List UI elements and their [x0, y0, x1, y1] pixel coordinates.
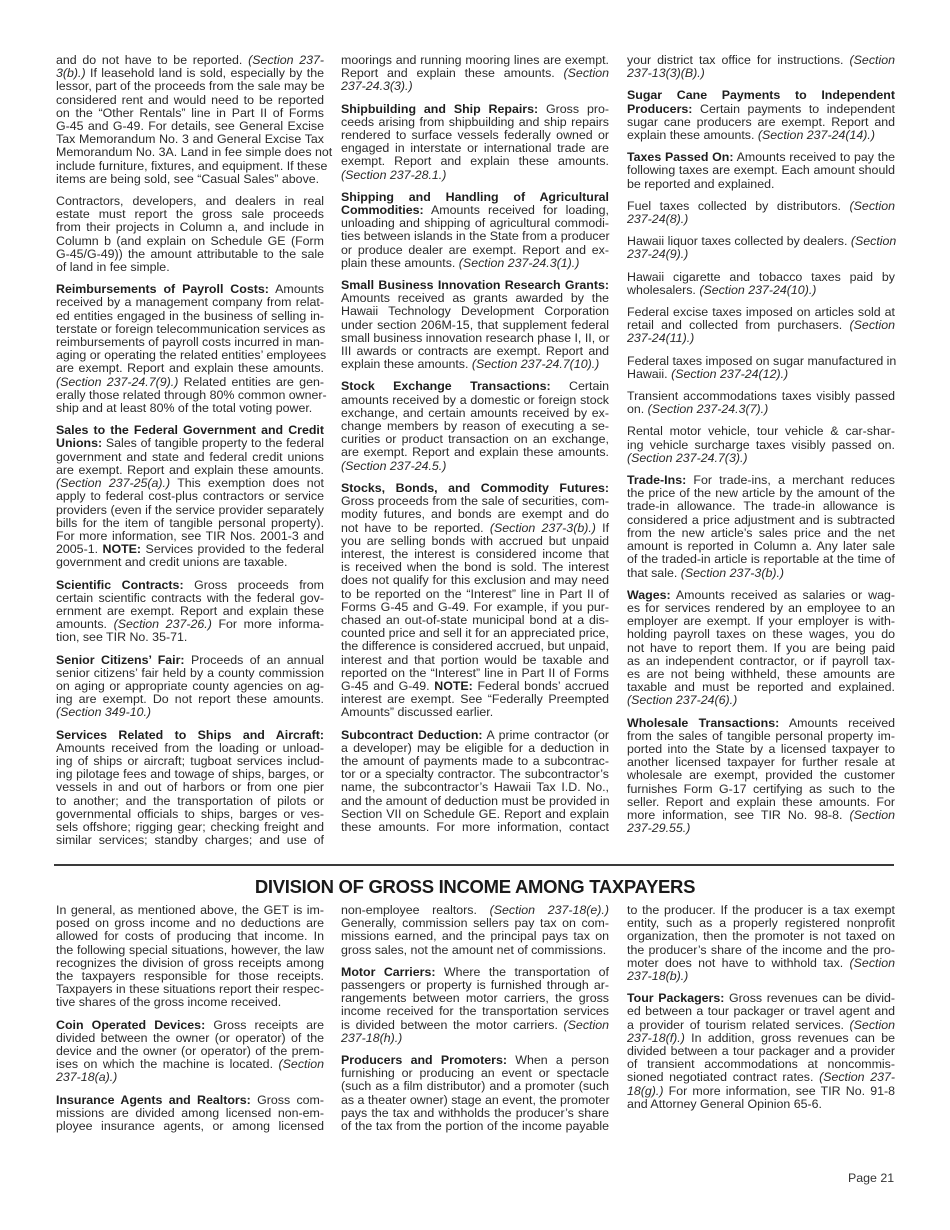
text-line: be reported and explained.: [627, 178, 895, 191]
bold-term: Trade-Ins:: [627, 473, 686, 487]
section-citation: (Section: [279, 1057, 324, 1071]
text-line: 237-18(b).): [627, 970, 895, 983]
text-run: on the “Other Rentals” line in Part II o…: [56, 106, 324, 120]
text-run: Taxpayers in these situations report the…: [56, 982, 324, 996]
text-run: For more informa-: [212, 617, 324, 631]
section-citation: (Section 237-24.7(10).): [472, 357, 599, 371]
bottom-column-3: to the producer. If the producer is a ta…: [627, 904, 895, 1120]
text-line: plain these amounts. (Section 237-24.3(1…: [341, 257, 609, 270]
text-run: not have to report them. If you are bein…: [627, 641, 895, 655]
text-run: from the sales of tangible personal prop…: [627, 729, 895, 743]
section-citation: (Section 237-24.7(3).): [627, 451, 748, 465]
text-line: 237-24(9).): [627, 248, 895, 261]
text-run: G-45/G-49)) the amount attributable to t…: [56, 247, 324, 261]
text-run: include furniture, fixtures, and equipme…: [56, 159, 327, 173]
text-line: Amounts” discussed earlier.: [341, 706, 609, 719]
text-run: Amounts: [269, 282, 324, 296]
text-run: senior citizens’ fair held by a county c…: [56, 666, 324, 680]
text-run: ing are exempt. Do not report these amou…: [56, 692, 324, 706]
page-number: Page 21: [848, 1171, 894, 1185]
text-run: considered a price adjustment and is sub…: [627, 513, 895, 527]
text-run: III awards or contracts are exempt. Repo…: [341, 344, 609, 358]
text-run: When a person: [507, 1053, 609, 1067]
paragraph: Federal excise taxes imposed on articles…: [627, 306, 895, 346]
text-run: divided between a tour packager and a pr…: [627, 1044, 895, 1058]
text-run: is received when the bond is sold. The i…: [341, 560, 609, 574]
text-run: ployee insurance agents, or among licens…: [56, 1119, 324, 1133]
text-run: For trade-ins, a merchant reduces: [686, 473, 895, 487]
paragraph: your district tax office for instruction…: [627, 54, 895, 80]
section-citation: 237-24(9).): [627, 247, 688, 261]
section-citation: (Section 237-: [248, 53, 324, 67]
text-run: pays the tax and withholds the producer’…: [341, 1106, 609, 1120]
text-run: Gross receipts are: [205, 1018, 324, 1032]
text-run: organization, then the promoter is not t…: [627, 929, 895, 943]
text-run: entity, such as a properly registered no…: [627, 916, 895, 930]
text-run: recognizes the division of gross receipt…: [56, 956, 324, 970]
text-run: Tax Memorandum No. 3 and General Excise …: [56, 132, 324, 146]
text-line: of the tax from the portion of the incom…: [341, 1120, 609, 1133]
text-run: not have to be reported.: [341, 521, 490, 535]
text-run: ed between a tour packager or travel age…: [627, 1004, 895, 1018]
text-run: wholesale are exempt, provided the custo…: [627, 768, 895, 782]
section-citation: (Section 237-24.5.): [341, 459, 446, 473]
text-line: ployee insurance agents, or among licens…: [56, 1120, 324, 1133]
paragraph: Sugar Cane Payments to IndependentProduc…: [627, 89, 895, 142]
text-line: 237-24(11).): [627, 332, 895, 345]
bold-term: NOTE:: [434, 679, 473, 693]
top-column-1: and do not have to be reported. (Section…: [56, 54, 324, 856]
text-run: estate must report the gross sale procee…: [56, 207, 324, 221]
text-run: If: [596, 521, 609, 535]
text-run: are exempt. Report and explain these amo…: [341, 445, 609, 459]
section-heading: DIVISION OF GROSS INCOME AMONG TAXPAYERS: [0, 876, 950, 898]
text-run: the following special situations, howeve…: [56, 943, 324, 957]
text-run: unloading and shipping of agricultural c…: [341, 216, 609, 230]
text-run: ing vehicle surcharge taxes visibly pass…: [627, 438, 895, 452]
section-citation: (Section: [564, 1018, 609, 1032]
paragraph: to the producer. If the producer is a ta…: [627, 904, 895, 983]
bold-term: Stock Exchange Transactions:: [341, 379, 551, 393]
section-citation: (Section 237-24(14).): [758, 128, 875, 142]
text-run: gross sales, not the amount net of commi…: [341, 943, 606, 957]
text-run: holding payroll taxes on these wages, yo…: [627, 627, 895, 641]
text-run: tive shares of the gross income received…: [56, 995, 281, 1009]
bold-term: Sales to the Federal Government and Cred…: [56, 423, 324, 437]
bold-term: Tour Packagers:: [627, 991, 724, 1005]
text-run: curities or product transaction on an ex…: [341, 432, 609, 446]
text-run: exchange, and certain amounts received b…: [341, 406, 609, 420]
text-run: Proceeds of an annual: [185, 653, 324, 667]
text-run: Contractors, developers, and dealers in …: [56, 194, 324, 208]
text-run: and Attorney General Opinion 65-6.: [627, 1097, 822, 1111]
text-run: reported on the “Interest” line in Part …: [341, 666, 609, 680]
bold-term: Services Related to Ships and Aircraft:: [56, 728, 324, 742]
text-run: Amounts received as grants awarded by th…: [341, 291, 609, 305]
text-run: moorings and running mooring lines are e…: [341, 53, 609, 67]
bold-term: Producers and Promoters:: [341, 1053, 507, 1067]
text-run: Fuel taxes collected by distributors.: [627, 199, 850, 213]
text-run: For more information, see TIR Nos. 2001-…: [56, 529, 324, 543]
section-citation: (Section 237-24(12).): [671, 367, 788, 381]
text-run: are exempt. Report and explain these amo…: [56, 361, 324, 375]
text-run: Amounts received: [779, 716, 895, 730]
text-line: gross sales, not the amount net of commi…: [341, 944, 609, 957]
paragraph: Services Related to Ships and Aircraft:A…: [56, 729, 324, 848]
text-run: be reported and explained.: [627, 177, 774, 191]
paragraph: Senior Citizens’ Fair: Proceeds of an an…: [56, 654, 324, 720]
paragraph: and do not have to be reported. (Section…: [56, 54, 324, 186]
section-citation: (Section 237-25(a).): [56, 476, 170, 490]
text-run: amounts.: [56, 617, 114, 631]
text-run: the difference is considered accrued, bu…: [341, 639, 609, 653]
text-run: ing pilotage fees and towage of ships, b…: [56, 767, 324, 781]
section-citation: 237-24.3(3).): [341, 79, 413, 93]
section-citation: (Section: [850, 808, 895, 822]
top-column-2: moorings and running mooring lines are e…: [341, 54, 609, 843]
section-citation: (Section 237-18(e).): [490, 903, 609, 917]
section-citation: (Section: [850, 1018, 895, 1032]
paragraph: Federal taxes imposed on sugar manufactu…: [627, 355, 895, 381]
text-run: of transient accommodations at noncommis…: [627, 1057, 895, 1071]
text-run: ernment are exempt. Report and explain t…: [56, 604, 324, 618]
text-run: these amounts. For more information, con…: [341, 820, 609, 834]
text-line: government and credit unions are taxable…: [56, 556, 324, 569]
section-citation: 237-18(f).): [627, 1031, 685, 1045]
text-run: is divided between the motor carriers.: [341, 1018, 564, 1032]
text-run: Rental motor vehicle, tour vehicle & car…: [627, 424, 895, 438]
text-line: similar services; standby charges; and u…: [56, 834, 324, 847]
paragraph: Sales to the Federal Government and Cred…: [56, 424, 324, 569]
text-run: apply to federal cost-plus contractors o…: [56, 489, 324, 503]
paragraph: moorings and running mooring lines are e…: [341, 54, 609, 94]
bold-term: Insurance Agents and Realtors:: [56, 1093, 251, 1107]
text-run: missions earned, and the principal pays …: [341, 929, 609, 943]
text-run: considered rent and would need to be rep…: [56, 93, 324, 107]
text-run: furnishing or producing an event or spec…: [341, 1066, 609, 1080]
text-run: rangements between motor carriers, the g…: [341, 991, 609, 1005]
text-run: furnishes Form G-17 certifying as such t…: [627, 782, 895, 796]
text-run: Memorandum No. 3A. Land in fee simple do…: [56, 145, 332, 159]
text-run: items are being sold, see “Casual Sales”…: [56, 172, 319, 186]
paragraph: Taxes Passed On: Amounts received to pay…: [627, 151, 895, 191]
bold-term: Coin Operated Devices:: [56, 1018, 205, 1032]
text-run: to another; and the transportation of pi…: [56, 794, 324, 808]
text-run: more information, see TIR No. 98-8.: [627, 808, 850, 822]
text-run: ship and at least 80% of the total votin…: [56, 401, 312, 415]
text-run: the price of the new article by the amou…: [627, 486, 895, 500]
text-run: name, the subcontractor’s Hawaii Tax I.D…: [341, 780, 609, 794]
text-line: tive shares of the gross income received…: [56, 996, 324, 1009]
text-run: Amounts received from the loading or unl…: [56, 741, 324, 755]
text-run: G-45 and G-49.: [341, 679, 434, 693]
bold-term: Shipping and Handling of Agricultural: [341, 190, 609, 204]
section-citation: (Section 237-24(10).): [699, 283, 816, 297]
text-run: rendered to surface vessels federally ow…: [341, 128, 609, 142]
paragraph: Wholesale Transactions: Amounts received…: [627, 717, 895, 836]
section-citation: 237-18(b).): [627, 969, 688, 983]
section-divider-rule: [54, 864, 894, 866]
text-run: as a theater owner) stage an event, the …: [341, 1093, 610, 1107]
text-run: small business innovation research phase…: [341, 331, 610, 345]
text-run: In general, as mentioned above, the GET …: [56, 903, 324, 917]
text-run: from the new article’s sales price and t…: [627, 526, 895, 540]
text-line: Hawaii. (Section 237-24(12).): [627, 368, 895, 381]
section-citation: 18(g).): [627, 1084, 664, 1098]
text-run: to the producer. If the producer is a ta…: [627, 903, 895, 917]
paragraph: Subcontract Deduction: A prime contracto…: [341, 729, 609, 835]
text-run: interest are exempt. See “Federally Pree…: [341, 692, 609, 706]
text-run: amounts received by a domestic or foreig…: [341, 393, 609, 407]
section-citation: (Section 237-3(b).): [681, 566, 784, 580]
section-citation: (Section 237-28.1.): [341, 168, 446, 182]
text-run: a provider of tourism related services.: [627, 1018, 850, 1032]
text-line: 237-18(a).): [56, 1071, 324, 1084]
paragraph: Hawaii liquor taxes collected by dealers…: [627, 235, 895, 261]
text-run: governmental officials to ships, barges …: [56, 807, 324, 821]
text-line: on. (Section 237-24.3(7).): [627, 403, 895, 416]
text-run: exempt. Report and explain these amounts…: [341, 154, 609, 168]
section-citation: 237-18(a).): [56, 1070, 117, 1084]
text-run: ported into the State by a licensed taxp…: [627, 742, 895, 756]
bold-term: Wages:: [627, 588, 671, 602]
text-run: Amounts” discussed earlier.: [341, 705, 493, 719]
text-line: 237-29.55.): [627, 822, 895, 835]
text-run: For more information, see TIR No. 91-8: [664, 1084, 896, 1098]
section-citation: (Section 237-24.3(7).): [648, 402, 769, 416]
text-run: Gross proceeds from: [184, 578, 324, 592]
text-run: on.: [627, 402, 648, 416]
paragraph: Scientific Contracts: Gross proceeds fro…: [56, 579, 324, 645]
paragraph: Motor Carriers: Where the transportation…: [341, 966, 609, 1045]
text-run: A prime contractor (or: [483, 728, 609, 742]
bold-term: Reimbursements of Payroll Costs:: [56, 282, 269, 296]
text-line: 237-24.3(3).): [341, 80, 609, 93]
section-citation: (Section 237-3(b).): [490, 521, 596, 535]
text-line: (Section 349-10.): [56, 706, 324, 719]
text-run: explain these amounts.: [627, 128, 758, 142]
section-citation: (Section 237-24(6).): [627, 693, 737, 707]
text-run: posed on gross income and no deductions …: [56, 916, 324, 930]
text-line: explain these amounts. (Section 237-24(1…: [627, 129, 895, 142]
text-run: on aging or appropriate county agencies …: [56, 679, 324, 693]
paragraph: non-employee realtors. (Section 237-18(e…: [341, 904, 609, 957]
text-run: does not qualify for this exclusion and …: [341, 573, 609, 587]
text-run: tion, see TIR No. 35-71.: [56, 630, 187, 644]
paragraph: Small Business Innovation Research Grant…: [341, 279, 609, 371]
text-run: moter does not have to withhold tax.: [627, 956, 850, 970]
paragraph: Tour Packagers: Gross revenues can be di…: [627, 992, 895, 1111]
paragraph: Coin Operated Devices: Gross receipts ar…: [56, 1019, 324, 1085]
text-run: Hawaii cigarette and tobacco taxes paid …: [627, 270, 895, 284]
text-run: interest, the interest is considered inc…: [341, 547, 609, 561]
text-run: plain these amounts.: [341, 256, 459, 270]
text-run: are exempt. Report and explain these amo…: [56, 463, 324, 477]
text-run: passengers or property is furnished thro…: [341, 978, 609, 992]
text-run: ceeds arising from shipbuilding and ship…: [341, 115, 609, 129]
text-run: sioned negotiated contract rates.: [627, 1070, 819, 1084]
text-run: received by a management company from re…: [56, 295, 324, 309]
text-run: under section 206M-15, that supplement f…: [341, 318, 609, 332]
text-line: (Section 237-24.7(3).): [627, 452, 895, 465]
text-line: (Section 237-24(6).): [627, 694, 895, 707]
paragraph: In general, as mentioned above, the GET …: [56, 904, 324, 1010]
text-run: Gross com-: [251, 1093, 324, 1107]
text-run: government and state and federal credit …: [56, 450, 324, 464]
text-run: employer are exempt. If your employer is…: [627, 614, 895, 628]
section-citation: (Section 237-: [819, 1070, 895, 1084]
section-citation: (Section 237-24.7(9).): [56, 375, 178, 389]
text-line: explain these amounts. (Section 237-24.7…: [341, 358, 609, 371]
text-run: Amounts received as salaries or wag-: [671, 588, 895, 602]
text-run: you are selling bonds with accrued but u…: [341, 534, 609, 548]
text-run: and do not have to be reported.: [56, 53, 248, 67]
text-run: Hawaii Technology Development Corporatio…: [341, 304, 609, 318]
text-run: seller. Report and explain these amounts…: [627, 795, 895, 809]
text-run: divided between the owner (or operator) …: [56, 1031, 324, 1045]
paragraph: Transient accommodations taxes visibly p…: [627, 390, 895, 416]
text-run: Certain: [551, 379, 609, 393]
text-run: In addition, gross revenues can be: [685, 1031, 895, 1045]
bold-term: Senior Citizens’ Fair:: [56, 653, 185, 667]
text-run: (such as a film distributor) and a promo…: [341, 1079, 609, 1093]
section-citation: (Section: [850, 53, 895, 67]
text-run: es for services rendered by an employee …: [627, 601, 895, 615]
text-run: device and the owner (or operator) of th…: [56, 1044, 324, 1058]
text-line: tion, see TIR No. 35-71.: [56, 631, 324, 644]
bold-term: Motor Carriers:: [341, 965, 435, 979]
paragraph: Shipping and Handling of AgriculturalCom…: [341, 191, 609, 270]
text-run: Gross proceeds from the sale of securiti…: [341, 494, 609, 508]
text-run: the amount of payments made to a subcont…: [341, 754, 609, 768]
bold-term: Scientific Contracts:: [56, 578, 184, 592]
text-run: of the traded-in article is reportable a…: [627, 552, 895, 566]
text-run: Section VII on Schedule GE. Report and e…: [341, 807, 609, 821]
text-line: 237-24(8).): [627, 213, 895, 226]
text-run: missions are divided among licensed non-…: [56, 1106, 324, 1120]
text-run: and the amount of deduction must be prov…: [341, 794, 610, 808]
top-column-3: your district tax office for instruction…: [627, 54, 895, 844]
text-run: Hawaii liquor taxes collected by dealers…: [627, 234, 851, 248]
paragraph: Hawaii cigarette and tobacco taxes paid …: [627, 271, 895, 297]
text-run: Federal taxes imposed on sugar manufactu…: [627, 354, 896, 368]
text-run: Related entities are gen-: [178, 375, 324, 389]
text-run: interest and that portion would be taxab…: [341, 653, 609, 667]
section-citation: 237-29.55.): [627, 821, 690, 835]
text-run: that sale.: [627, 566, 681, 580]
text-run: Where the transportation of: [435, 965, 609, 979]
section-citation: 237-24(11).): [627, 331, 694, 345]
text-run: Hawaii.: [627, 367, 671, 381]
text-run: your district tax office for instruction…: [627, 53, 850, 67]
text-run: 2005-1.: [56, 542, 103, 556]
paragraph: Producers and Promoters: When a personfu…: [341, 1054, 609, 1133]
text-run: engaged in interstate or international t…: [341, 141, 609, 155]
bold-term: Stocks, Bonds, and Commodity Futures:: [341, 481, 609, 495]
text-line: (Section 237-28.1.): [341, 169, 609, 182]
text-run: Report and explain these amounts.: [341, 66, 564, 80]
paragraph: Insurance Agents and Realtors: Gross com…: [56, 1094, 324, 1134]
text-run: income received for the transportation s…: [341, 1004, 609, 1018]
bold-term: Shipbuilding and Ship Repairs:: [341, 102, 538, 116]
text-run: counted price and sell it for an appreci…: [341, 626, 609, 640]
paragraph: Contractors, developers, and dealers in …: [56, 195, 324, 274]
text-run: allowed for costs of producing that inco…: [56, 929, 324, 943]
bold-term: Commodities:: [341, 203, 424, 217]
text-run: Transient accommodations taxes visibly p…: [627, 389, 895, 403]
section-citation: (Section: [564, 66, 609, 80]
text-run: wholesalers.: [627, 283, 699, 297]
text-run: or produce dealer are exempt. Report and…: [341, 243, 609, 257]
text-run: aging or operating the related entities’…: [56, 348, 326, 362]
text-run: Generally, commission sellers pay tax on…: [341, 916, 609, 930]
text-run: explain these amounts.: [341, 357, 472, 371]
paragraph: Fuel taxes collected by distributors. (S…: [627, 200, 895, 226]
text-run: erally those related through 80% common …: [56, 388, 327, 402]
text-run: ties between islands in the State from a…: [341, 229, 610, 243]
section-citation: (Section: [851, 234, 896, 248]
text-run: Forms G-45 and G-49. For example, if you…: [341, 600, 609, 614]
text-run: tor or a specialty contractor. The subco…: [341, 767, 609, 781]
text-run: ing of ships or aircraft; tugboat servic…: [56, 754, 324, 768]
bold-term: Taxes Passed On:: [627, 150, 734, 164]
text-run: vessels in and out of harbors or from on…: [56, 780, 324, 794]
text-run: Gross revenues can be divid-: [724, 991, 895, 1005]
text-run: Column b (and explain on Schedule GE (Fo…: [56, 234, 324, 248]
bold-term: Wholesale Transactions:: [627, 716, 779, 730]
text-run: amount is reported in Column a. Any late…: [627, 539, 895, 553]
bottom-column-1: In general, as mentioned above, the GET …: [56, 904, 324, 1142]
text-run: another licensed taxpayer for further re…: [627, 755, 895, 769]
text-run: bills for the item of tangible personal …: [56, 516, 324, 530]
bold-term: Sugar Cane Payments to Independent: [627, 88, 895, 102]
paragraph: Shipbuilding and Ship Repairs: Gross pro…: [341, 103, 609, 182]
text-run: This exemption does not: [170, 476, 324, 490]
text-run: ed entities engaged in the business of s…: [56, 309, 324, 323]
text-line: (Section 237-24.5.): [341, 460, 609, 473]
text-run: as an independent contractor, or if payr…: [627, 654, 895, 668]
text-run: G-45 and G-49. For details, see General …: [56, 119, 324, 133]
section-citation: 237-18(h).): [341, 1031, 402, 1045]
text-line: wholesalers. (Section 237-24(10).): [627, 284, 895, 297]
section-citation: 3(b).): [56, 66, 86, 80]
text-run: es are not being withheld, these amounts…: [627, 667, 895, 681]
text-run: the taxpayers responsible for those rece…: [56, 969, 324, 983]
paragraph: Trade-Ins: For trade-ins, a merchant red…: [627, 474, 895, 580]
section-citation: (Section: [850, 956, 895, 970]
bold-term: Unions:: [56, 436, 102, 450]
text-run: Gross pro-: [538, 102, 609, 116]
paragraph: Reimbursements of Payroll Costs: Amounts…: [56, 283, 324, 415]
text-line: of land in fee simple.: [56, 261, 324, 274]
text-run: non-employee realtors.: [341, 903, 490, 917]
text-run: Federal bonds’ accrued: [473, 679, 609, 693]
bold-term: NOTE:: [103, 542, 142, 556]
paragraph: Wages: Amounts received as salaries or w…: [627, 589, 895, 708]
section-citation: 237-24(8).): [627, 212, 688, 226]
section-citation: 237-13(3)(B).): [627, 66, 705, 80]
text-run: sels offshore; rigging gear; checking fr…: [56, 820, 324, 834]
text-line: ship and at least 80% of the total votin…: [56, 402, 324, 415]
text-run: Federal excise taxes imposed on articles…: [627, 305, 895, 319]
text-run: providers (even if the service provider …: [56, 503, 324, 517]
text-line: these amounts. For more information, con…: [341, 821, 609, 834]
text-run: similar services; standby charges; and u…: [56, 833, 324, 847]
text-run: of the tax from the portion of the incom…: [341, 1119, 609, 1133]
section-citation: (Section 237-26.): [114, 617, 212, 631]
section-citation: (Section 237-24.3(1).): [459, 256, 580, 270]
section-citation: (Section: [850, 318, 895, 332]
